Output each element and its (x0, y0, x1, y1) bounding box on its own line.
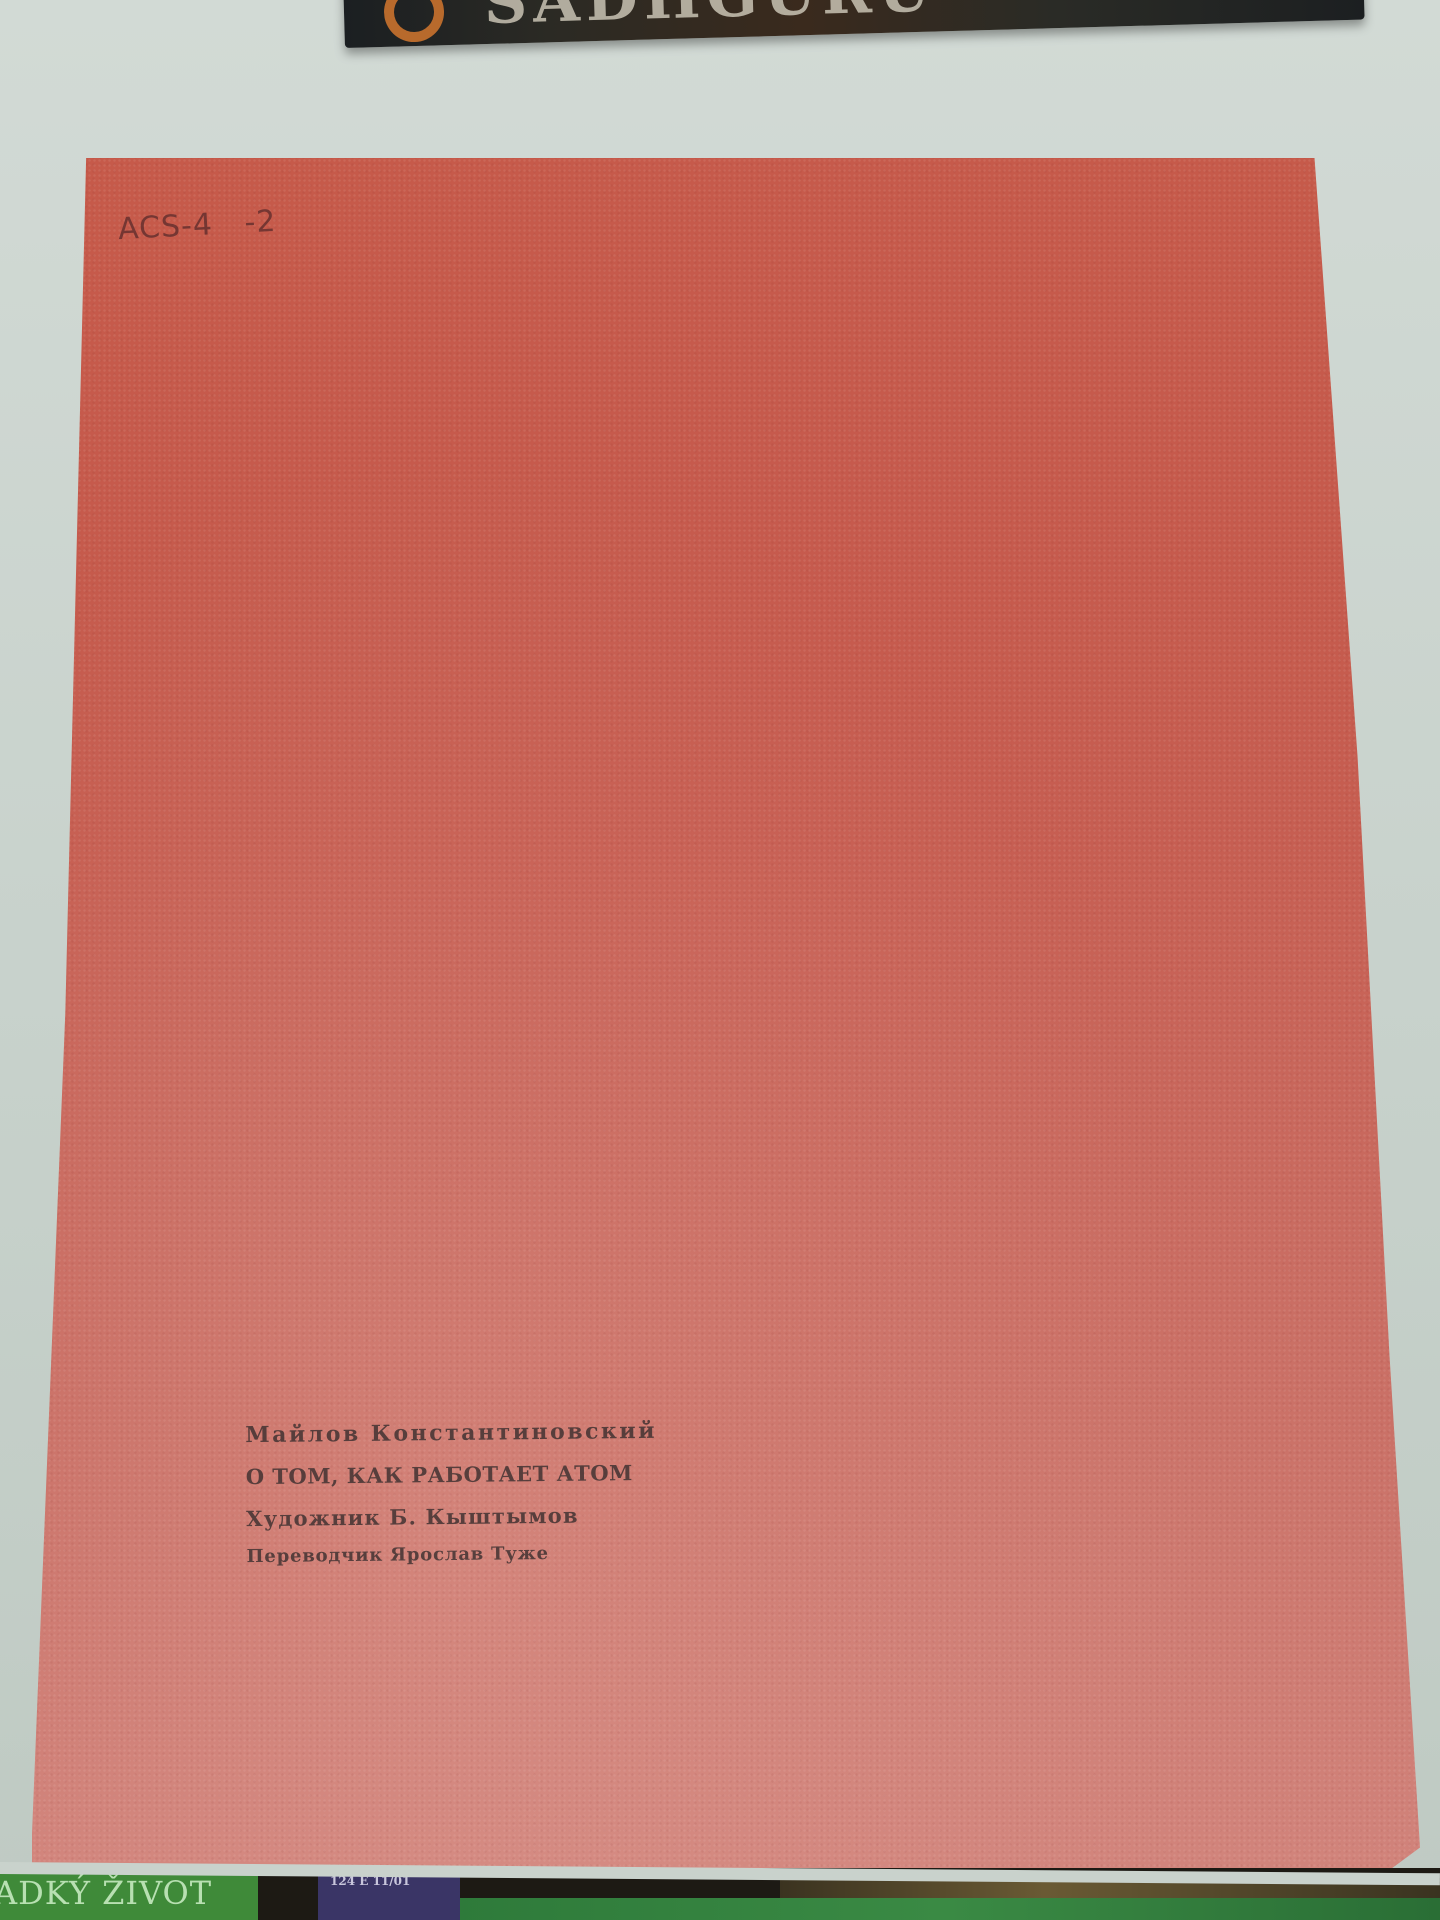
imprint-translator: Переводчик Ярослав Туже (246, 1542, 658, 1582)
photo-scene: SADHGURU ACS-4 -2 Майлов Константиновски… (0, 0, 1440, 1920)
book-imprint: Майлов Константиновский О ТОМ, КАК РАБОТ… (245, 1418, 658, 1582)
magazine-top: SADHGURU (343, 0, 1365, 48)
magazine-emblem-icon (383, 0, 445, 43)
green-book-spine-right (450, 1898, 1440, 1920)
imprint-illustrator: Художник Б. Кыштымов (246, 1502, 658, 1546)
imprint-title: О ТОМ, КАК РАБОТАЕТ АТОМ (246, 1460, 658, 1506)
imprint-author: Майлов Константиновский (245, 1418, 657, 1464)
magazine-title: SADHGURU (483, 0, 937, 38)
book-back-cover (32, 158, 1420, 1868)
green-spine-title: ADKÝ ŽIVOT (0, 1874, 212, 1912)
